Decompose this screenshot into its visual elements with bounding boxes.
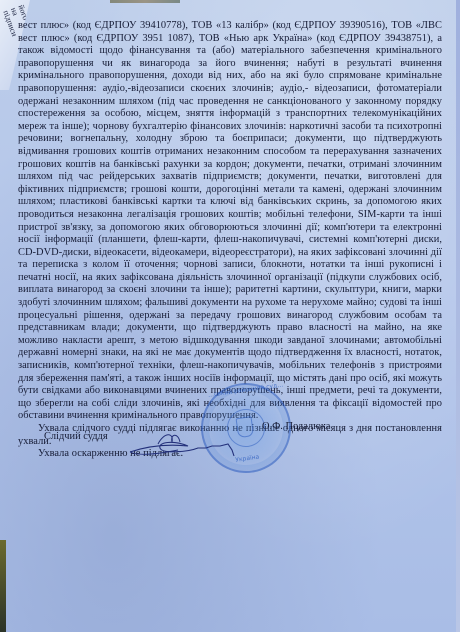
evidence-list-paragraph: вест плюс» (код ЄДРПОУ 39410778), ТОВ «1… [18, 20, 442, 423]
judge-role-label: Слідчий суддя [44, 431, 108, 442]
document-page: його не на підписи вест плюс» (код ЄДРПО… [0, 0, 456, 632]
judge-name: О.Ф. Подалюка [262, 421, 330, 432]
handwritten-signature-icon [128, 430, 248, 460]
background-edge-left [0, 540, 6, 632]
background-object-strip [110, 0, 180, 3]
